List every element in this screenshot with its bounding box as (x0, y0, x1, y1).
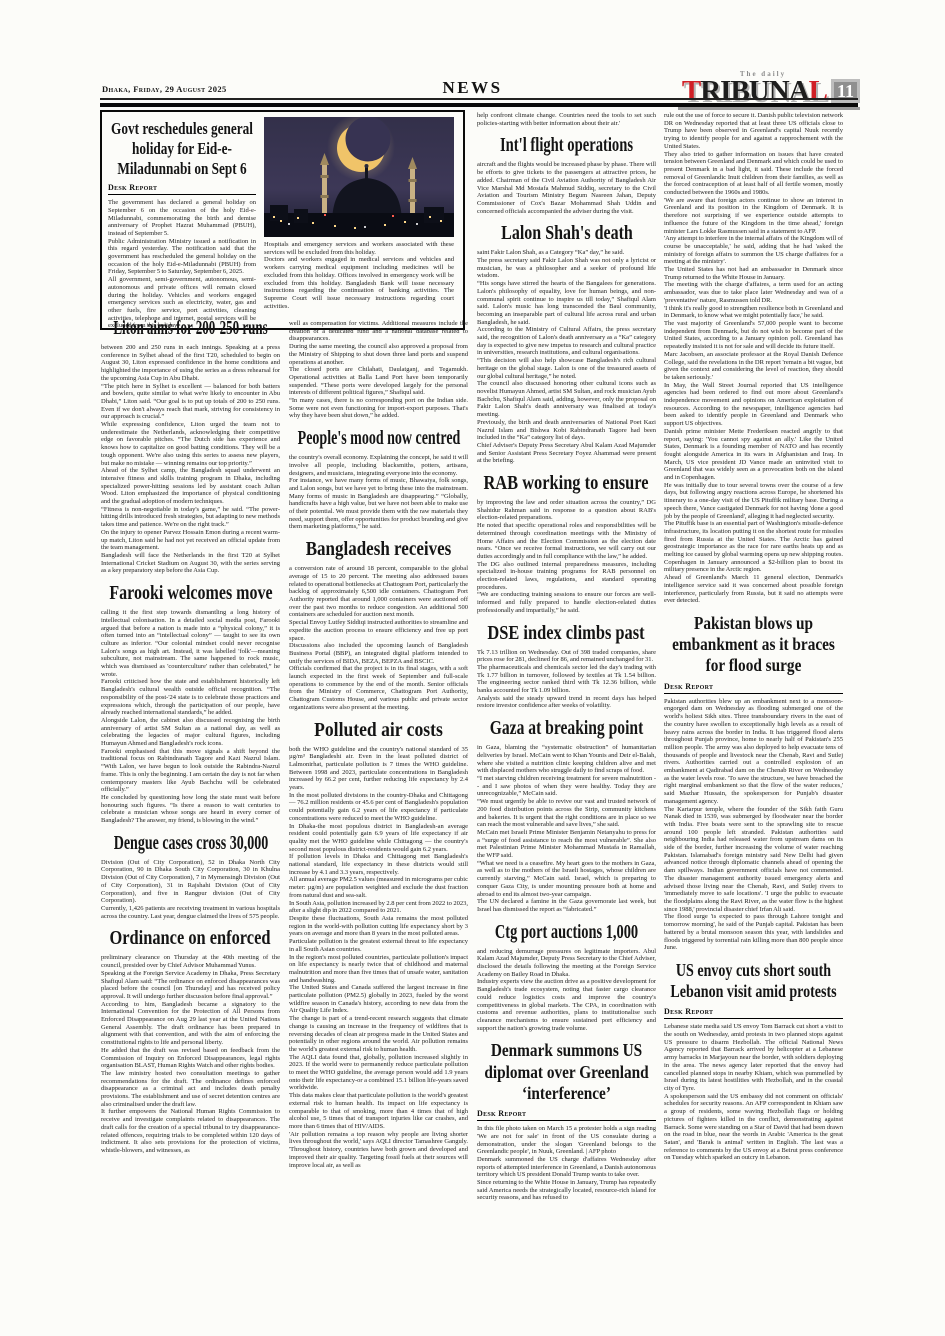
headline: Dengue cases cross 30,000 (101, 833, 280, 854)
body-text: Lebanese state media said US envoy Tom B… (664, 1023, 843, 1162)
article-denmark-summons: Denmark summons US diplomat over Greenla… (477, 1040, 656, 1202)
article-peoples-mood: People's mood now centred the country's … (289, 428, 468, 531)
byline: Desk Report (664, 682, 843, 694)
body-text: between 200 and 250 runs in each innings… (101, 344, 280, 575)
headline: DSE index climbs past (477, 623, 656, 644)
body-text: the country's overall economy. Explainin… (289, 454, 468, 531)
article-intl-flight: Int'l flight operations aircraft and the… (477, 135, 656, 215)
body-text: and reducing demurrage pressures on legi… (477, 948, 656, 1033)
headline: Lalon Shah's death (477, 223, 656, 244)
newspaper-page: Dhaka, Friday, 29 August 2025 NEWS The d… (0, 0, 945, 1336)
article-ordinance-continuation: well as compensation for victims. Additi… (289, 320, 468, 420)
body-text: calling it the first step towards disman… (101, 609, 280, 825)
headline: Polluted air costs (289, 720, 468, 741)
headline: Pakistan blows up embankment as it brace… (664, 613, 843, 677)
body-text: well as compensation for victims. Additi… (289, 320, 468, 420)
article-bangladesh-receives: Bangladesh receives a conversion rate of… (289, 539, 468, 711)
column-3: help confront climate change. Countries … (477, 112, 656, 1202)
body-text: in Gaza, blaming the “systematic obstruc… (477, 744, 656, 913)
article-lalon: Lalon Shah's death saint Fakir Lalon Sha… (477, 223, 656, 465)
body-text: Pakistan authorities blew up an embankme… (664, 698, 843, 952)
article-ctg-port: Ctg port auctions 1,000 and reducing dem… (477, 922, 656, 1033)
article-rab: RAB working to ensure by improving the l… (477, 473, 656, 615)
headline: Ctg port auctions 1,000 (477, 922, 656, 943)
headline: US envoy cuts short south Lebanon visit … (664, 960, 843, 1002)
body-text: a conversion rate of around 18 percent, … (289, 565, 468, 711)
headline: Ordinance on enforced (101, 928, 280, 949)
body-text: preliminary clearance on Thursday at the… (101, 954, 280, 1154)
body-text: rule out the use of force to secure it. … (664, 112, 843, 605)
body-text: help confront climate change. Countries … (477, 112, 656, 127)
byline: Desk Report (664, 1007, 843, 1019)
headline: Liton aims for 200-250 runs (101, 318, 280, 339)
article-climate-continuation: help confront climate change. Countries … (477, 112, 656, 127)
headline: Denmark summons US diplomat over Greenla… (477, 1040, 656, 1104)
body-text: The government has declared a general ho… (108, 199, 256, 330)
headline: Farooki welcomes move (101, 583, 280, 604)
headline: Govt reschedules general holiday for Eid… (108, 119, 256, 179)
article-us-envoy: US envoy cuts short south Lebanon visit … (664, 960, 843, 1162)
headline: Int'l flight operations (477, 135, 656, 156)
article-gaza: Gaza at breaking point in Gaza, blaming … (477, 718, 656, 913)
body-text: In this file photo taken on March 15 a p… (477, 1125, 656, 1202)
headline: Bangladesh receives (289, 539, 468, 560)
column-4: rule out the use of force to secure it. … (664, 112, 843, 1162)
body-text: aircraft and the flights would be increa… (477, 161, 656, 215)
article-liton: Liton aims for 200-250 runs between 200 … (101, 318, 280, 575)
mosque-night-photo (264, 117, 454, 237)
masthead-logo: TRIBUNAL (682, 78, 827, 104)
article-dengue: Dengue cases cross 30,000 Division (Out … (101, 833, 280, 921)
byline: Desk Report (477, 1109, 656, 1121)
body-text: by improving the law and order situation… (477, 499, 656, 615)
column-2: well as compensation for victims. Additi… (289, 320, 468, 1169)
headline: RAB working to ensure (477, 473, 656, 494)
article-polluted-air: Polluted air costs both the WHO guidelin… (289, 720, 468, 1170)
article-dse: DSE index climbs past Tk 7.13 trillion o… (477, 623, 656, 711)
header-rule-thin (100, 98, 858, 100)
body-text: saint Fakir Lalon Shah, as a Category “K… (477, 249, 656, 465)
photo-side-text: Hospitals and emergency services and wor… (264, 241, 454, 310)
body-text: Division (Out of City Corporation), 52 i… (101, 859, 280, 921)
article-greenland-continuation: rule out the use of force to secure it. … (664, 112, 843, 605)
article-ordinance: Ordinance on enforced preliminary cleara… (101, 928, 280, 1154)
byline: Desk Report (108, 183, 256, 195)
article-eid-holiday: Govt reschedules general holiday for Eid… (100, 110, 465, 330)
body-text: both the WHO guideline and the country's… (289, 746, 468, 1170)
header-rule-thick (100, 103, 858, 107)
column-1: Liton aims for 200-250 runs between 200 … (101, 318, 280, 1155)
masthead-underline (678, 107, 860, 110)
headline: People's mood now centred (289, 428, 468, 449)
article-pakistan-flood: Pakistan blows up embankment as it brace… (664, 613, 843, 952)
body-text: Tk 7.13 trillion on Wednesday. Out of 39… (477, 649, 656, 711)
headline: Gaza at breaking point (477, 718, 656, 739)
article-farooki: Farooki welcomes move calling it the fir… (101, 583, 280, 825)
